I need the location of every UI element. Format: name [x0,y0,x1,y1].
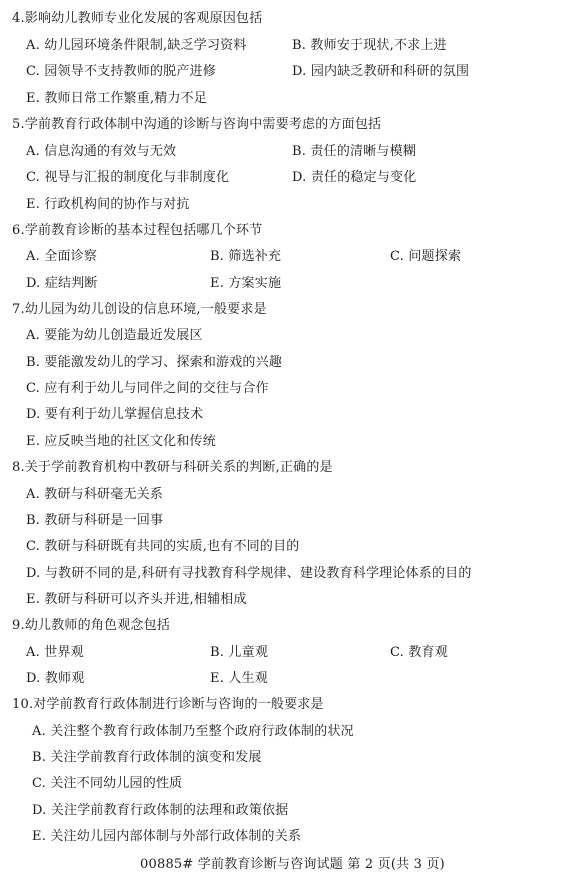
q6-option-c: C. 问题探索 [390,247,461,267]
q7-option-e: E. 应反映当地的社区文化和传统 [26,432,216,452]
q10-option-e: E. 关注幼儿园内部体制与外部行政体制的关系 [32,827,301,847]
q9-option-a: A. 世界观 [26,643,84,663]
q8-option-c: C. 教研与科研既有共同的实质,也有不同的目的 [26,537,299,557]
q7-option-a: A. 要能为幼儿创造最近发展区 [26,326,203,346]
q8-option-d: D. 与教研不同的是,科研有寻找教育科学规律、建设教育科学理论体系的目的 [26,564,472,584]
q6-option-b: B. 筛选补充 [210,247,281,267]
exam-page: 4.影响幼儿教师专业化发展的客观原因包括 A. 幼儿园环境条件限制,缺乏学习资料… [0,0,585,885]
q7-option-c: C. 应有利于幼儿与同伴之间的交往与合作 [26,379,269,399]
question-text: 学前教育诊断的基本过程包括哪几个环节 [25,223,263,238]
q9-option-e: E. 人生观 [210,669,268,689]
question-4-stem: 4.影响幼儿教师专业化发展的客观原因包括 [12,9,262,29]
question-number: 5. [12,117,25,132]
q5-option-b: B. 责任的清晰与模糊 [292,142,416,162]
q8-option-b: B. 教研与科研是一回事 [26,511,163,531]
q9-option-c: C. 教育观 [390,643,448,663]
question-text: 影响幼儿教师专业化发展的客观原因包括 [25,11,263,26]
question-number: 10. [12,697,33,712]
q6-option-e: E. 方案实施 [210,274,281,294]
question-number: 7. [12,302,25,317]
question-text: 关于学前教育机构中教研与科研关系的判断,正确的是 [25,460,333,475]
question-text: 幼儿教师的角色观念包括 [25,618,170,633]
q5-option-e: E. 行政机构间的协作与对抗 [26,195,190,215]
q9-option-d: D. 教师观 [26,669,84,689]
question-9-stem: 9.幼儿教师的角色观念包括 [12,616,170,636]
q6-option-d: D. 症结判断 [26,274,98,294]
page-footer: 00885# 学前教育诊断与咨询试题 第 2 页(共 3 页) [0,855,585,875]
q6-option-a: A. 全面诊察 [26,247,97,267]
question-5-stem: 5.学前教育行政体制中沟通的诊断与咨询中需要考虑的方面包括 [12,115,381,135]
q4-option-c: C. 园领导不支持教师的脱产进修 [26,62,216,82]
question-text: 学前教育行政体制中沟通的诊断与咨询中需要考虑的方面包括 [25,117,381,132]
q5-option-d: D. 责任的稳定与变化 [292,168,416,188]
question-10-stem: 10.对学前教育行政体制进行诊断与咨询的一般要求是 [12,695,324,715]
question-7-stem: 7.幼儿园为幼儿创设的信息环境,一般要求是 [12,300,267,320]
q10-option-d: D. 关注学前教育行政体制的法理和政策依据 [32,801,288,821]
q7-option-b: B. 要能激发幼儿的学习、探索和游戏的兴趣 [26,353,282,373]
q10-option-b: B. 关注学前教育行政体制的演变和发展 [32,748,262,768]
q4-option-b: B. 教师安于现状,不求上进 [292,36,447,56]
q7-option-d: D. 要有利于幼儿掌握信息技术 [26,405,203,425]
question-number: 6. [12,223,25,238]
q9-option-b: B. 儿童观 [210,643,268,663]
question-text: 幼儿园为幼儿创设的信息环境,一般要求是 [25,302,267,317]
q5-option-a: A. 信息沟通的有效与无效 [26,142,176,162]
question-number: 8. [12,460,25,475]
question-text: 对学前教育行政体制进行诊断与咨询的一般要求是 [33,697,323,712]
q4-option-d: D. 园内缺乏教研和科研的氛围 [292,62,469,82]
question-number: 4. [12,11,25,26]
question-6-stem: 6.学前教育诊断的基本过程包括哪几个环节 [12,221,262,241]
question-8-stem: 8.关于学前教育机构中教研与科研关系的判断,正确的是 [12,458,333,478]
q5-option-c: C. 视导与汇报的制度化与非制度化 [26,168,229,188]
q10-option-c: C. 关注不同幼儿园的性质 [32,774,182,794]
q4-option-a: A. 幼儿园环境条件限制,缺乏学习资料 [26,36,247,56]
question-number: 9. [12,618,25,633]
q4-option-e: E. 教师日常工作繁重,精力不足 [26,89,207,109]
q8-option-e: E. 教研与科研可以齐头并进,相辅相成 [26,590,247,610]
q10-option-a: A. 关注整个教育行政体制乃至整个政府行政体制的状况 [32,722,354,742]
q8-option-a: A. 教研与科研毫无关系 [26,485,163,505]
